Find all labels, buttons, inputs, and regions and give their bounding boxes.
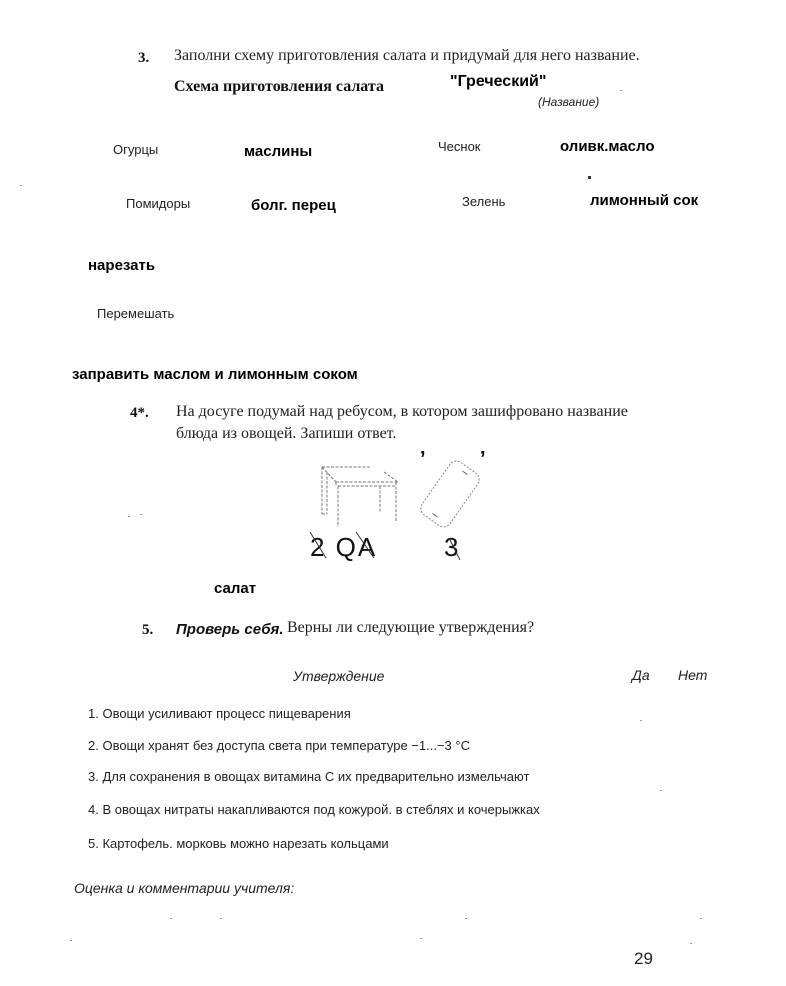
ingredient-cucumbers: Огурцы [113,142,158,157]
scheme-label: Схема приготовления салата [174,78,384,96]
ingredient-lemon-juice: лимонный сок [590,192,698,209]
step-dress: заправить маслом и лимонным соком [72,366,358,383]
ingredient-olives: маслины [244,143,312,160]
salad-name: "Греческий" [450,73,546,91]
statement-row-2: 2. Овощи хранят без доступа света при те… [88,738,470,753]
column-header-yes: Да [632,667,650,683]
rebus-strike-marks-icon [300,528,500,568]
statement-row-1: 1. Овощи усиливают процесс пищеварения [88,706,351,721]
statement-row-3: 3. Для сохранения в овощах витамина С их… [88,769,529,784]
task-5-question: Верны ли следующие утверждения? [287,619,534,637]
ingredient-tomatoes: Помидоры [126,196,190,211]
task-5-number: 5. [142,622,153,639]
rebus-table-and-phone-icon [300,452,500,532]
column-header-no: Нет [678,667,707,683]
name-caption: (Название) [538,95,599,109]
step-cut: нарезать [88,257,155,274]
column-header-statement: Утверждение [293,668,384,684]
ingredient-bell-pepper: болг. перец [251,197,336,214]
rebus: ’ ’ 2 QA 3 [300,452,500,562]
ingredient-greens: Зелень [462,194,505,209]
task-4-number: 4*. [130,405,149,422]
task-3-instruction: Заполни схему приготовления салата и при… [174,47,640,65]
ingredient-garlic: Чеснок [438,139,481,154]
page-number: 29 [634,949,653,969]
task-4-instruction-line1: На досуге подумай над ребусом, в котором… [176,403,628,421]
task-5-title: Проверь себя. [176,621,284,638]
teacher-comment-label: Оценка и комментарии учителя: [74,880,294,896]
step-mix: Перемешать [97,306,174,321]
task-4-instruction-line2: блюда из овощей. Запиши ответ. [176,425,396,443]
task-3-number: 3. [138,50,149,67]
ingredient-olive-oil: оливк.масло [560,138,655,155]
rebus-comma-left: ’ [420,448,426,471]
statement-row-5: 5. Картофель. морковь можно нарезать кол… [88,836,389,851]
statement-row-4: 4. В овощах нитраты накапливаются под ко… [88,802,540,817]
rebus-comma-right: ’ [480,448,486,471]
rebus-answer: салат [214,580,256,597]
